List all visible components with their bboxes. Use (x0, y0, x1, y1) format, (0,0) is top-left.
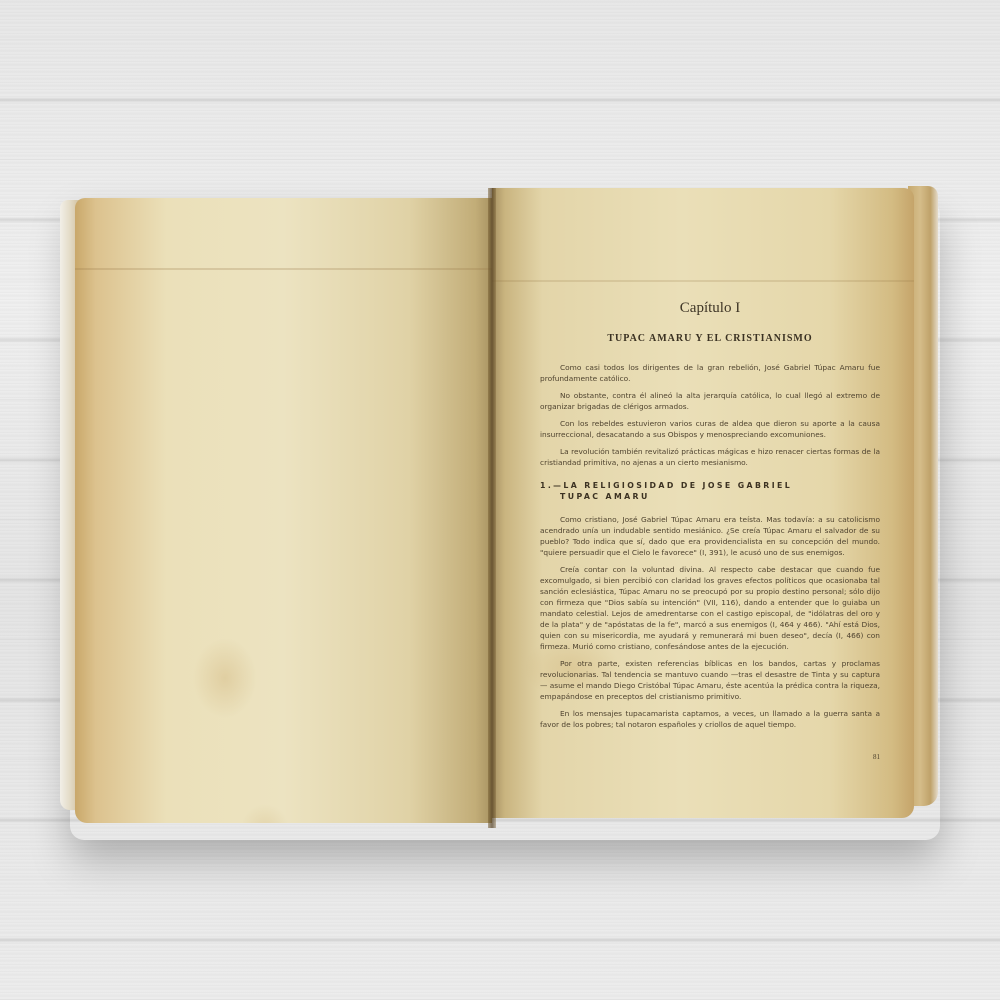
section-heading-line1: 1.—LA RELIGIOSIDAD DE JOSE GABRIEL (540, 481, 792, 490)
section-paragraph: Por otra parte, existen referencias bíbl… (540, 658, 880, 702)
intro-paragraph: Como casi todos los dirigentes de la gra… (540, 362, 880, 384)
section-paragraph: Como cristiano, José Gabriel Túpac Amaru… (540, 514, 880, 558)
page-number: 81 (873, 753, 880, 761)
left-page (75, 198, 492, 823)
intro-paragraph: Con los rebeldes estuvieron varios curas… (540, 418, 880, 440)
section-heading-line2: TUPAC AMARU (540, 491, 880, 502)
intro-paragraph: No obstante, contra él alineó la alta je… (540, 390, 880, 412)
section-paragraph: Creía contar con la voluntad divina. Al … (540, 564, 880, 652)
section-heading: 1.—LA RELIGIOSIDAD DE JOSE GABRIEL TUPAC… (540, 480, 880, 502)
book-spine-gutter (488, 188, 496, 828)
intro-paragraph: La revolución también revitalizó práctic… (540, 446, 880, 468)
right-page-text: Capítulo I TUPAC AMARU Y EL CRISTIANISMO… (540, 300, 880, 736)
chapter-label: Capítulo I (540, 300, 880, 317)
section-paragraph: En los mensajes tupacamarista captamos, … (540, 708, 880, 730)
chapter-title: TUPAC AMARU Y EL CRISTIANISMO (540, 333, 880, 344)
